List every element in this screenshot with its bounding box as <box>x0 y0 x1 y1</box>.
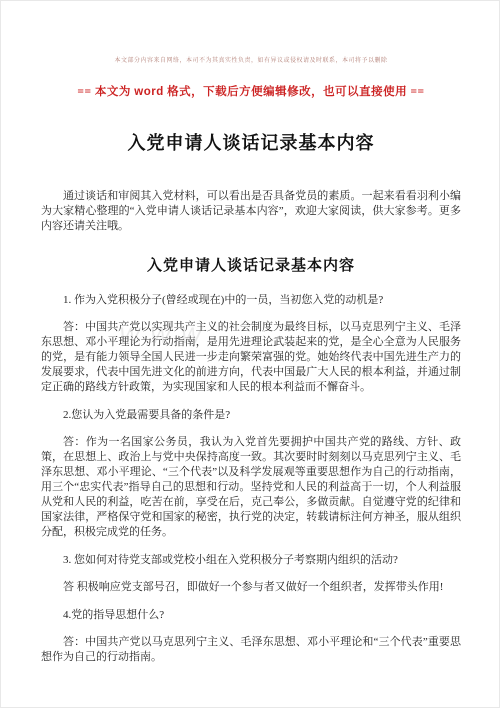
answer-3: 答 积极响应党支部号召，即做好一个参与者又做好一个组织者，发挥带头作用! <box>41 580 461 595</box>
top-disclaimer-text: 本文部分内容来自网络，本司不为其真实性负责，如有异议或侵权请及时联系，本司将予以… <box>41 57 461 65</box>
document-page: 本文部分内容来自网络，本司不为其真实性负责，如有异议或侵权请及时联系，本司将予以… <box>0 0 500 708</box>
answer-4: 答：中国共产党以马克思列宁主义、毛泽东思想、邓小平理论和“三个代表”重要思想作为… <box>41 635 461 665</box>
word-format-notice: == 本文为 word 格式，下载后方便编辑修改，也可以直接使用 == <box>41 83 461 99</box>
question-2: 2.您认为入党最需要具备的条件是? <box>41 408 461 423</box>
document-title: 入党申请人谈话记录基本内容 <box>41 129 461 155</box>
answer-2: 答：作为一名国家公务员，我认为入党首先要拥护中国共产党的路线、方针、政策，在思想… <box>41 435 461 540</box>
document-subtitle: 入党申请人谈话记录基本内容 <box>41 254 461 275</box>
notice-word-label: word <box>134 86 163 98</box>
notice-suffix: 格式，下载后方便编辑修改，也可以直接使用 == <box>164 86 425 98</box>
question-4: 4.党的指导思想什么? <box>41 608 461 623</box>
question-1: 1. 作为入党积极分子(曾经或现在)中的一员，当初您入党的动机是? <box>41 293 461 308</box>
intro-paragraph: 通过谈话和审阅其入党材料，可以看出是否具备党员的素质。一起来看看羽利小编为大家精… <box>41 189 461 234</box>
notice-prefix: == 本文为 <box>77 86 134 98</box>
question-3: 3. 您如何对待党支部或党校小组在入党积极分子考察期内组织的活动? <box>41 553 461 568</box>
answer-1: 答：中国共产党以实现共产主义的社会制度为最终目标，以马克思列宁主义、毛泽东思想、… <box>41 320 461 395</box>
